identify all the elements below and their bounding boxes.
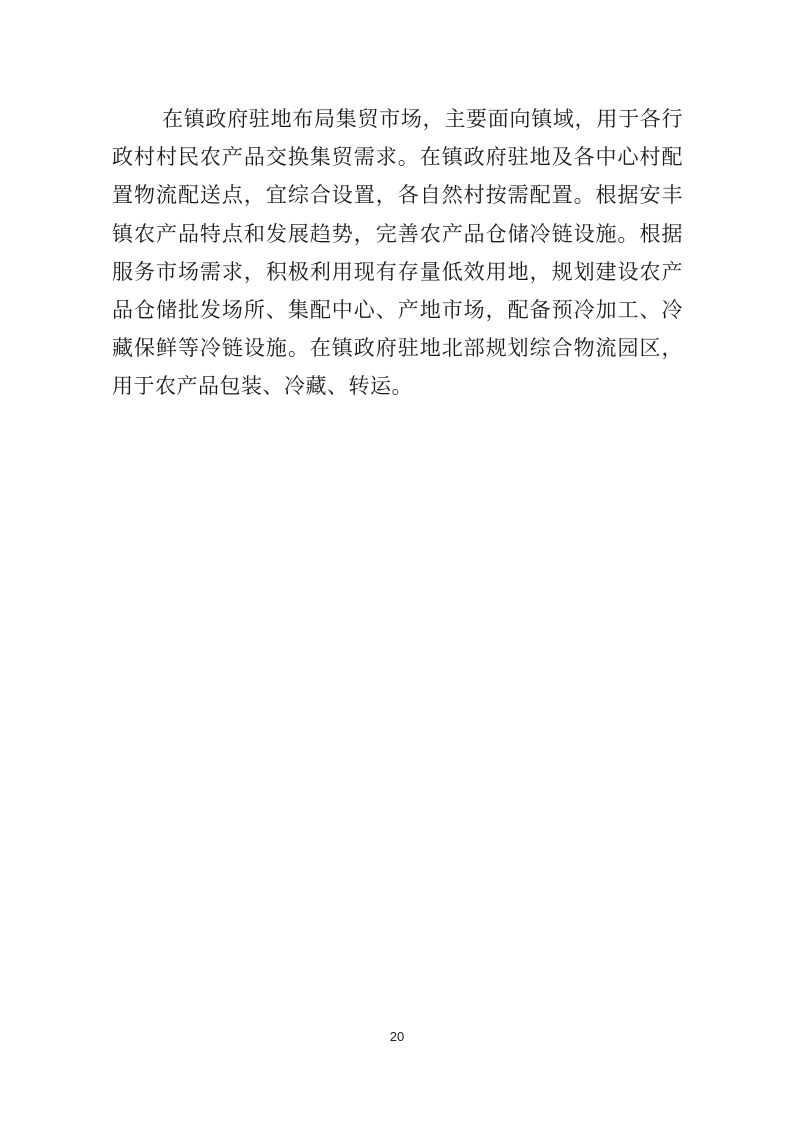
- body-text-line: 镇农产品特点和发展趋势，完善农产品仓储冷链设施。根据: [112, 215, 683, 253]
- body-text-line: 在镇政府驻地布局集贸市场，主要面向镇域，用于各行: [112, 100, 683, 138]
- body-text-line: 用于农产品包装、冷藏、转运。: [112, 367, 683, 405]
- document-page: 在镇政府驻地布局集贸市场，主要面向镇域，用于各行 政村村民农产品交换集贸需求。在…: [0, 0, 794, 1122]
- body-text-line: 政村村民农产品交换集贸需求。在镇政府驻地及各中心村配: [112, 138, 683, 176]
- page-footer: 20: [0, 1028, 794, 1046]
- body-paragraph: 在镇政府驻地布局集贸市场，主要面向镇域，用于各行 政村村民农产品交换集贸需求。在…: [112, 100, 683, 406]
- body-text-line: 品仓储批发场所、集配中心、产地市场，配备预冷加工、冷: [112, 291, 683, 329]
- body-text-line: 置物流配送点，宜综合设置，各自然村按需配置。根据安丰: [112, 176, 683, 214]
- page-number: 20: [390, 1029, 404, 1044]
- body-text-line: 藏保鲜等冷链设施。在镇政府驻地北部规划综合物流园区，: [112, 329, 683, 367]
- body-text-line: 服务市场需求，积极利用现有存量低效用地，规划建设农产: [112, 253, 683, 291]
